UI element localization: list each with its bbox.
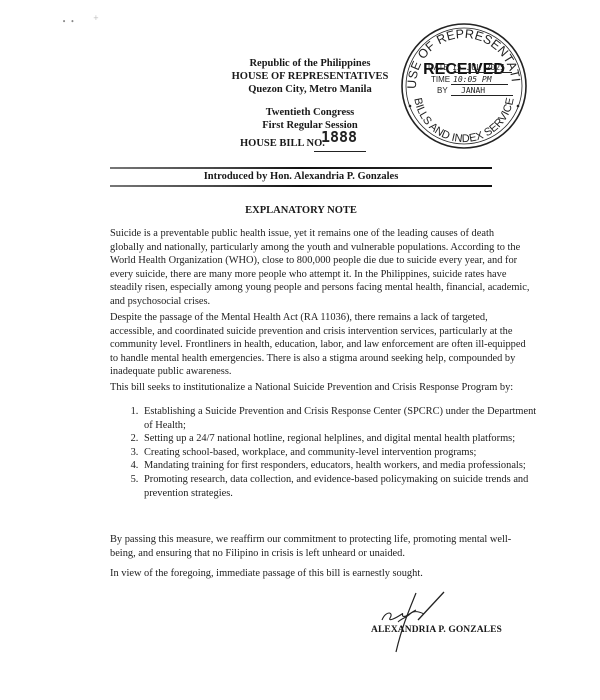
bill-number-block: HOUSE BILL NO. 1888 — [240, 138, 325, 149]
stamp-date-row: DATE 15 JUL 2025 — [428, 63, 449, 72]
stamp-time-row: TIME 10:05 PM — [431, 75, 450, 84]
signature-icon — [380, 588, 480, 658]
list-item: Mandating training for first responders,… — [141, 459, 541, 473]
list-item: Creating school-based, workplace, and co… — [141, 446, 541, 460]
stamp-by-value: JANAH — [451, 86, 513, 96]
program-list: Establishing a Suicide Prevention and Cr… — [110, 405, 541, 500]
bill-label: HOUSE BILL NO. — [240, 138, 325, 149]
closing-paragraph: By passing this measure, we reaffirm our… — [110, 533, 530, 560]
stamp-date-label: DATE — [428, 63, 449, 72]
list-item: Promoting research, data collection, and… — [141, 473, 541, 500]
closing-request: In view of the foregoing, immediate pass… — [110, 567, 530, 581]
stamp-by-row: BY JANAH — [437, 86, 448, 95]
header-session: First Regular Session — [200, 119, 420, 132]
scan-speck: • • — [62, 18, 75, 26]
divider-top — [110, 167, 492, 169]
bill-number: 1888 — [316, 128, 362, 146]
stamp-bottom-text: BILLS AND INDEX SERVICE — [411, 97, 516, 145]
stamp-by-label: BY — [437, 86, 448, 95]
header-location: Quezon City, Metro Manila — [200, 83, 420, 96]
list-item: Setting up a 24/7 national hotline, regi… — [141, 432, 541, 446]
divider-bottom — [110, 185, 492, 187]
stamp-time-value: 10:05 PM — [451, 75, 508, 85]
svg-text:BILLS AND INDEX SERVICE: BILLS AND INDEX SERVICE — [411, 97, 516, 145]
signatory-name: ALEXANDRIA P. GONZALES — [371, 625, 502, 635]
paragraph-2: Despite the passage of the Mental Health… — [110, 311, 530, 379]
scan-speck: + — [93, 14, 99, 22]
stamp-time-label: TIME — [431, 75, 450, 84]
header-country: Republic of the Philippines — [200, 57, 420, 70]
section-title: EXPLANATORY NOTE — [110, 205, 492, 216]
paragraph-3: This bill seeks to institutionalize a Na… — [110, 381, 530, 395]
paragraph-1: Suicide is a preventable public health i… — [110, 227, 530, 309]
list-item: Establishing a Suicide Prevention and Cr… — [141, 405, 541, 432]
document-header: Republic of the Philippines HOUSE OF REP… — [200, 57, 420, 132]
header-congress: Twentieth Congress — [200, 106, 420, 119]
bill-number-underline — [314, 151, 366, 152]
stamp-date-value: 15 JUL 2025 — [450, 63, 512, 73]
introduced-by: Introduced by Hon. Alexandria P. Gonzale… — [110, 171, 492, 182]
header-house: HOUSE OF REPRESENTATIVES — [200, 70, 420, 83]
